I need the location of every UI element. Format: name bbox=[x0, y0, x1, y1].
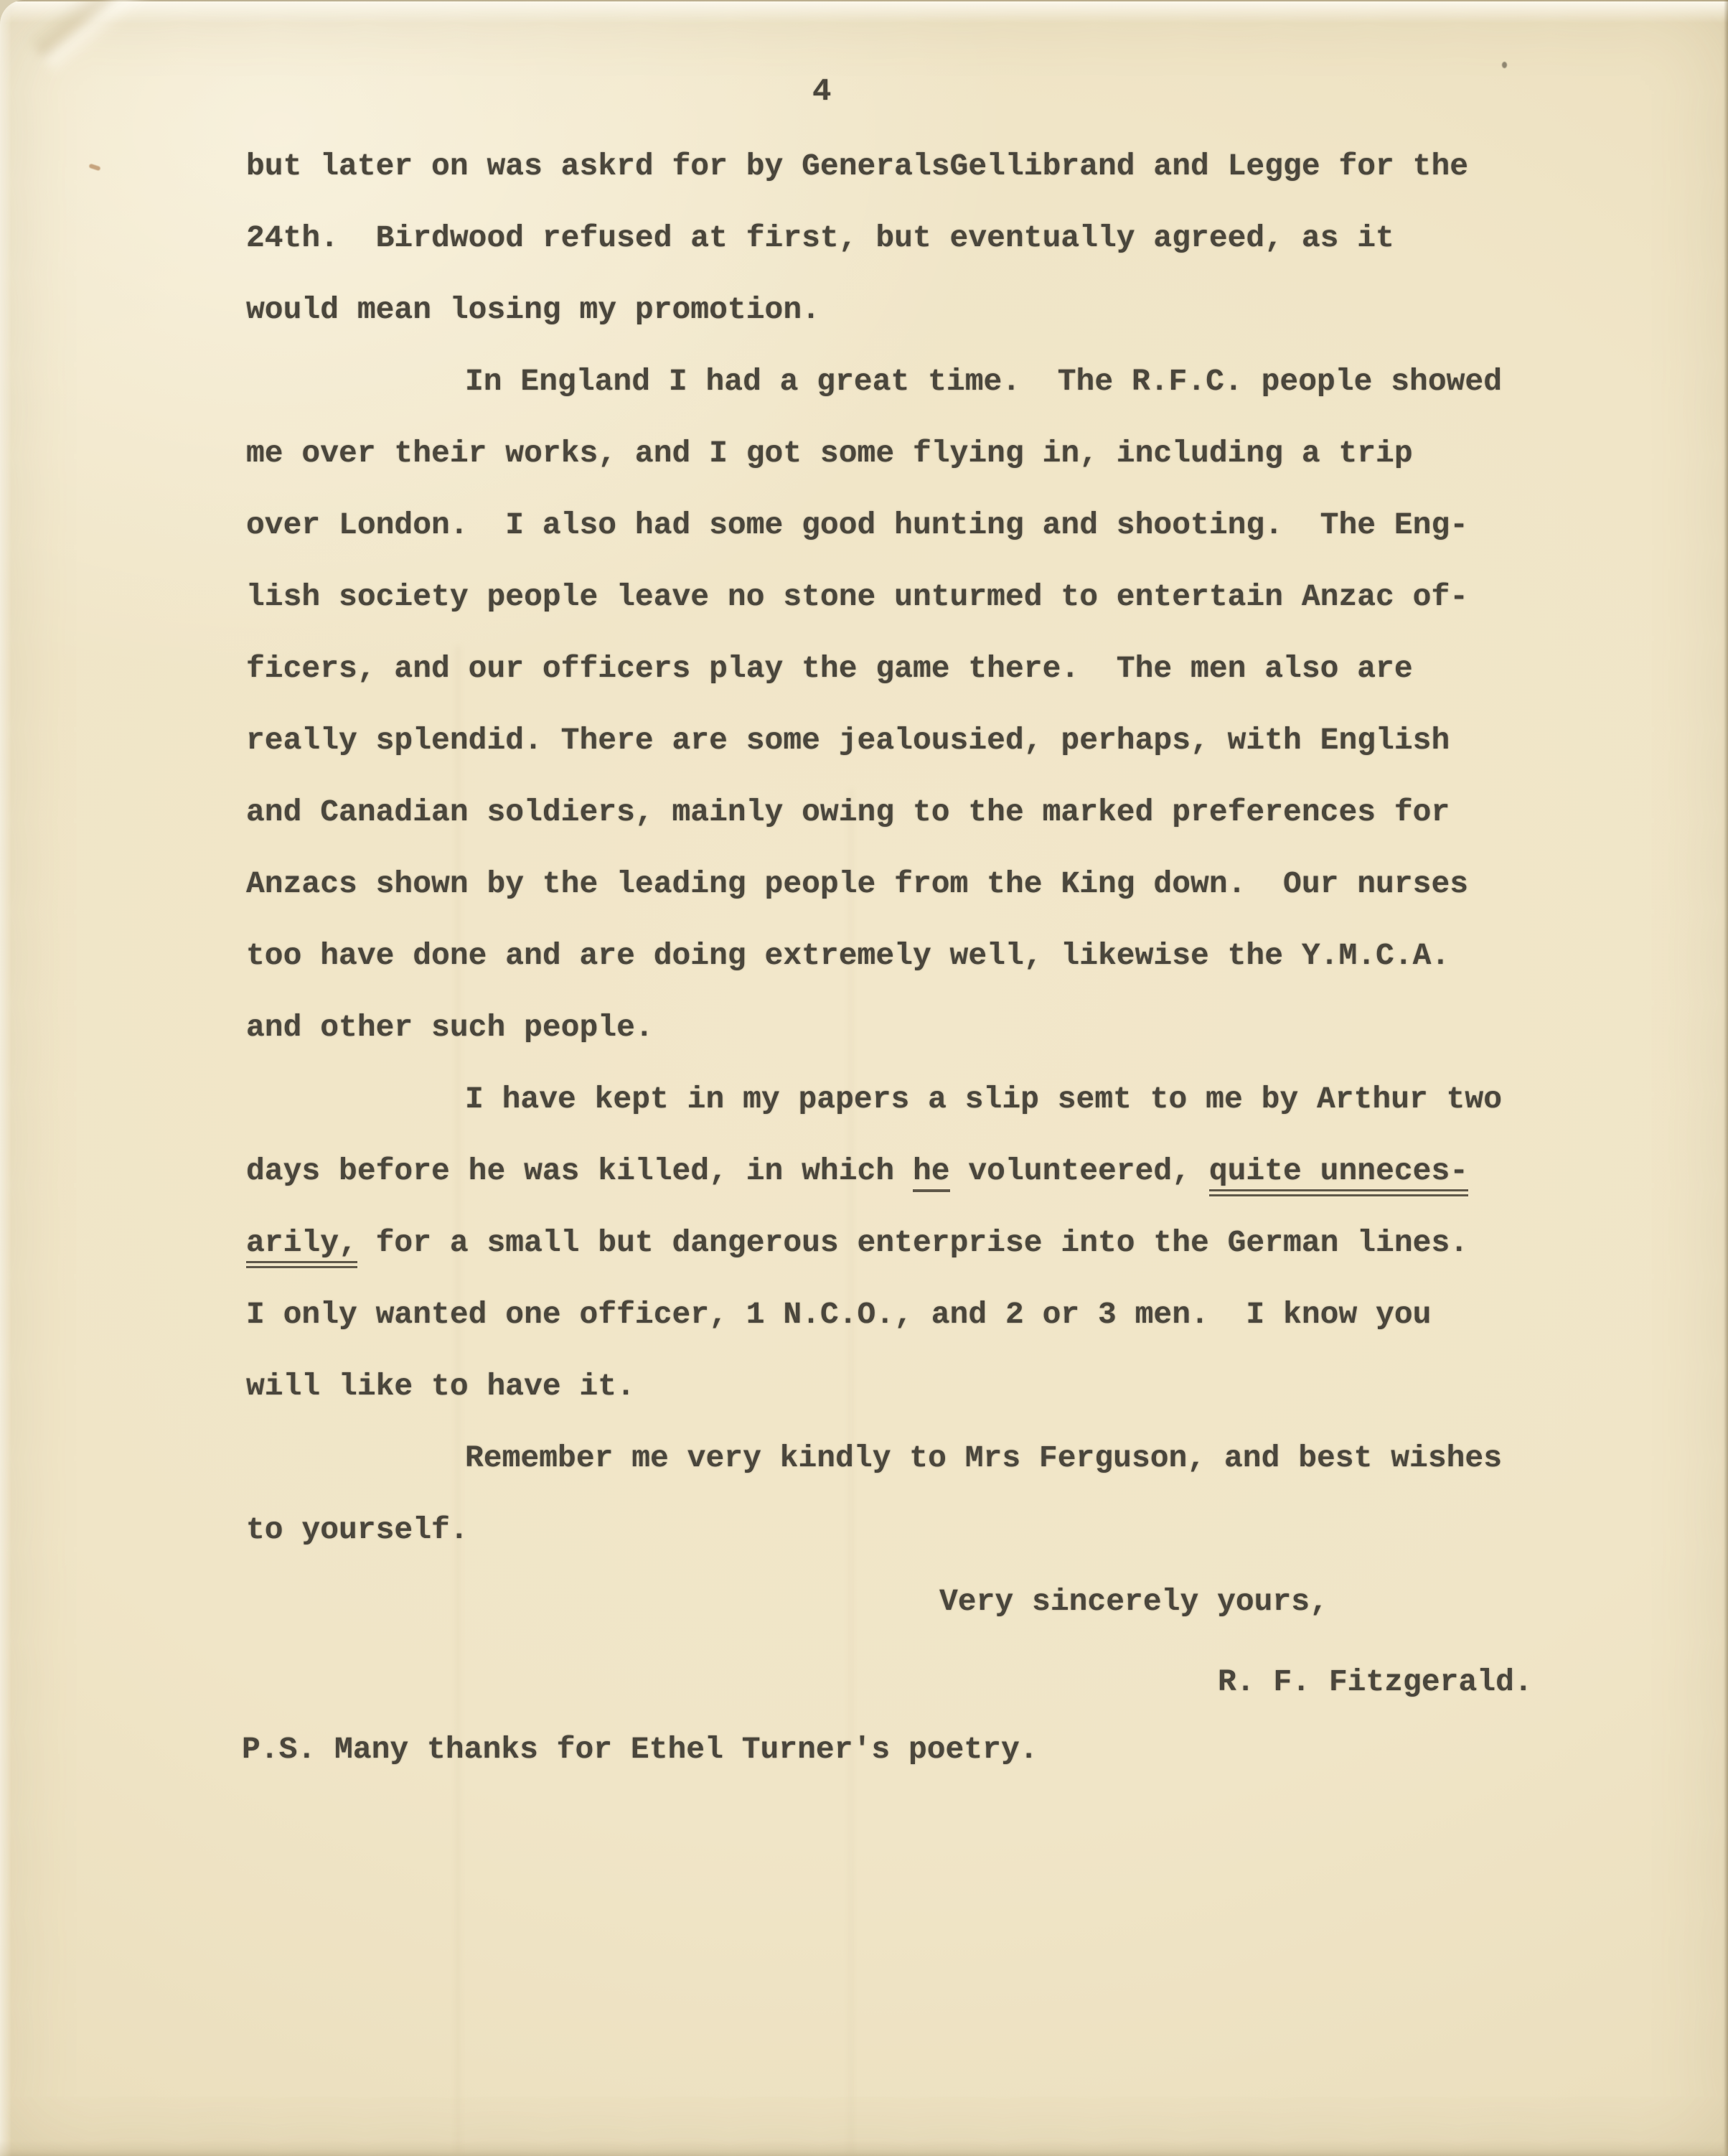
typed-text: but later on was askrd for by GeneralsGe… bbox=[246, 149, 1468, 184]
paper-edge-left bbox=[0, 0, 11, 2156]
typed-line: would mean losing my promotion. bbox=[246, 274, 1545, 346]
typed-text: too have done and are doing extremely we… bbox=[246, 938, 1450, 973]
typed-line: will like to have it. bbox=[246, 1351, 1545, 1423]
typed-line: Very sincerely yours, bbox=[246, 1566, 1545, 1638]
typed-text: I only wanted one officer, 1 N.C.O., and… bbox=[246, 1297, 1431, 1332]
typed-text: me over their works, and I got some flyi… bbox=[246, 436, 1413, 471]
typed-text: and other such people. bbox=[246, 1010, 654, 1045]
typed-text: 24th. Birdwood refused at first, but eve… bbox=[246, 220, 1394, 256]
typed-text: Remember me very kindly to Mrs Ferguson,… bbox=[465, 1440, 1502, 1476]
typed-line: ficers, and our officers play the game t… bbox=[246, 633, 1545, 705]
typed-text: lish society people leave no stone untur… bbox=[246, 579, 1468, 614]
typed-text: Anzacs shown by the leading people from … bbox=[246, 866, 1468, 901]
letter-body: but later on was askrd for by GeneralsGe… bbox=[246, 131, 1545, 1781]
typed-line: I have kept in my papers a slip semt to … bbox=[246, 1064, 1545, 1135]
typed-text: for a small but dangerous enterprise int… bbox=[357, 1225, 1468, 1260]
typed-text: I have kept in my papers a slip semt to … bbox=[465, 1082, 1502, 1117]
typed-text: will like to have it. bbox=[246, 1369, 635, 1404]
typed-text: Very sincerely yours, bbox=[939, 1584, 1328, 1619]
typed-line: really splendid. There are some jealousi… bbox=[246, 705, 1545, 777]
typed-text: really splendid. There are some jealousi… bbox=[246, 723, 1450, 758]
paper-edge-right bbox=[1724, 0, 1728, 2156]
underlined-text: arily, bbox=[246, 1225, 357, 1268]
paper-edge-top bbox=[0, 0, 1728, 23]
page-number: 4 bbox=[812, 56, 831, 128]
typed-text: to yourself. bbox=[246, 1512, 469, 1547]
typed-line: but later on was askrd for by GeneralsGe… bbox=[246, 131, 1545, 202]
typed-line: P.S. Many thanks for Ethel Turner's poet… bbox=[242, 1714, 1545, 1786]
typed-text: over London. I also had some good huntin… bbox=[246, 507, 1468, 543]
typed-text: In England I had a great time. The R.F.C… bbox=[465, 364, 1502, 399]
typed-line: over London. I also had some good huntin… bbox=[246, 489, 1545, 561]
underlined-text: he bbox=[913, 1153, 950, 1192]
typed-text: and Canadian soldiers, mainly owing to t… bbox=[246, 795, 1450, 830]
typed-line: I only wanted one officer, 1 N.C.O., and… bbox=[246, 1279, 1545, 1351]
typed-line: and other such people. bbox=[246, 992, 1545, 1064]
typed-line: 24th. Birdwood refused at first, but eve… bbox=[246, 202, 1545, 274]
typed-line: In England I had a great time. The R.F.C… bbox=[246, 346, 1545, 418]
typed-line: me over their works, and I got some flyi… bbox=[246, 418, 1545, 489]
typed-text: would mean losing my promotion. bbox=[246, 292, 820, 327]
typed-line: days before he was killed, in which he v… bbox=[246, 1135, 1545, 1207]
typed-line: too have done and are doing extremely we… bbox=[246, 920, 1545, 992]
underlined-text: quite unneces- bbox=[1209, 1153, 1468, 1196]
typed-text: volunteered, bbox=[950, 1153, 1209, 1189]
paper-stain bbox=[88, 164, 100, 172]
typed-text: days before he was killed, in which bbox=[246, 1153, 913, 1189]
typed-line: Remember me very kindly to Mrs Ferguson,… bbox=[246, 1423, 1545, 1494]
typed-line: Anzacs shown by the leading people from … bbox=[246, 848, 1545, 920]
typed-text: ficers, and our officers play the game t… bbox=[246, 651, 1413, 686]
typed-text: P.S. Many thanks for Ethel Turner's poet… bbox=[242, 1732, 1038, 1767]
paper-edge-bottom bbox=[0, 2140, 1728, 2156]
typed-line: to yourself. bbox=[246, 1494, 1545, 1566]
letter-page-scan: 4 but later on was askrd for by Generals… bbox=[0, 0, 1728, 2156]
typed-line: R. F. Fitzgerald. bbox=[246, 1646, 1545, 1718]
typed-line: lish society people leave no stone untur… bbox=[246, 561, 1545, 633]
typed-line: and Canadian soldiers, mainly owing to t… bbox=[246, 777, 1545, 848]
typed-line: arily, for a small but dangerous enterpr… bbox=[246, 1207, 1545, 1279]
ink-speck bbox=[1502, 62, 1507, 68]
typed-text: R. F. Fitzgerald. bbox=[1218, 1664, 1533, 1700]
